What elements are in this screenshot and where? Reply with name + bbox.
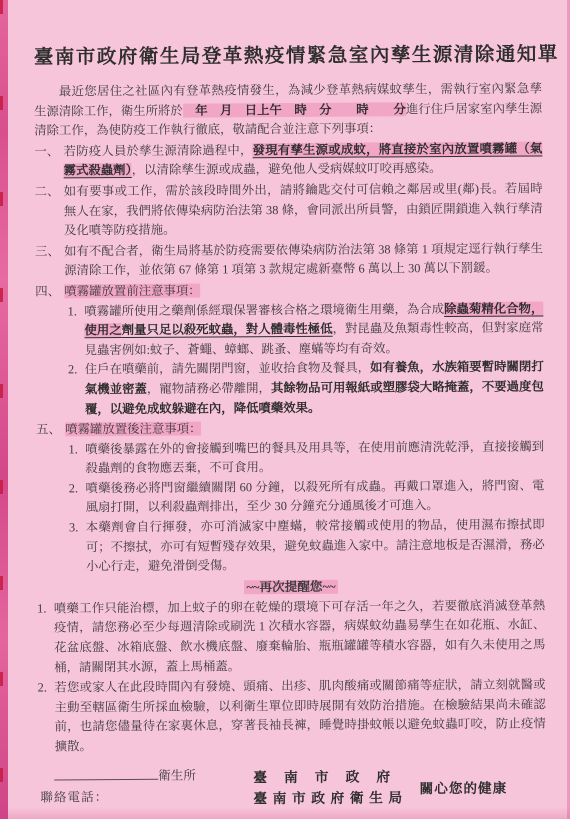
notice-item-2: 二、 如有要事或工作，需於該段時間外出，請將鑰匙交付可信賴之鄰居或里(鄰)長。若… [35, 179, 543, 241]
footer: 衛生所 聯絡電話： 臺南市政府 臺南市政府衛生局 關心您的健康 [38, 763, 546, 810]
item-5-subitem-2-marker: 2. [69, 479, 86, 518]
health-slogan: 關心您的健康 [420, 776, 508, 797]
item-5-subitem-3: 3. 本藥劑會自行揮發，亦可消滅家中塵蟎，較常接觸或使用的物品，使用濕布擦拭即可… [69, 516, 545, 578]
item-5-marker: 五、 [36, 420, 66, 577]
reminder-item-1: 1. 噴藥工作只能治標，加上蚊子的卵在乾燥的環境下可存活一年之久，若要徹底消滅登… [37, 596, 545, 677]
reminder-heading: ~~再次提醒您~~ [244, 580, 337, 595]
scan-edge-left [0, 0, 8, 819]
item-5-subitem-1-text: 噴藥後暴露在外的會接觸到嘴巴的餐具及用具等，在使用前應清洗乾淨，直接接觸到殺蟲劑… [85, 437, 544, 479]
text-segment: ，寵物請務必帶離開， [147, 381, 271, 396]
intro-paragraph: 最近您居住之社區內有登革熱疫情發生，為減少登革熱病媒蚊孳生，需執行室內緊急孳生源… [34, 79, 542, 141]
government-name: 臺南市政府 [253, 766, 408, 788]
item-4-marker: 四、 [35, 282, 65, 419]
item-5-subitem-1: 1. 噴藥後暴露在外的會接觸到嘴巴的餐具及用具等，在使用前應清洗乾淨，直接接觸到… [68, 437, 544, 479]
reminder-item-2-text: 若您或家人在此段時間內有發燒、頭痛、出疹、肌肉酸痛或關節痛等症狀，請立刻就醫或主… [54, 676, 546, 757]
footer-left: 衛生所 聯絡電話： [38, 765, 253, 808]
text-segment: 若防疫人員於孳生源清除過程中， [63, 143, 252, 158]
text-segment: 噴藥後務必將門窗繼續關閉 60 分鐘，以殺死所有成蟲。再戴口罩進入，將門窗、電風… [85, 478, 544, 514]
item-5-subitem-1-marker: 1. [68, 440, 85, 479]
health-center-line: 衛生所 [54, 765, 253, 786]
notice-title: 臺南市政府衛生局登革熱疫情緊急室內孳生源清除通知單 [34, 38, 542, 69]
item-2-text: 如有要事或工作，需於該段時間外出，請將鑰匙交付可信賴之鄰居或里(鄰)長。若屆時無… [64, 179, 543, 241]
item-1-marker: 一、 [34, 142, 63, 181]
item-4-subitem-2-marker: 2. [68, 361, 85, 420]
text-segment: ，以清除孳生源或成蟲，避免他人受病媒蚊叮咬再感染。 [132, 161, 442, 177]
item-3-text: 如有不配合者，衛生局將基於防疫需要依傳染病防治法第 38 條第 1 項規定逕行執… [64, 239, 543, 281]
item-4-subitem-1: 1. 噴霧罐所使用之藥劑係經環保署審核合格之環境衛生用藥，為合成除蟲菊精化合物，… [68, 299, 544, 361]
text-segment: 噴藥後暴露在外的會接觸到嘴巴的餐具及用具等，在使用前應清洗乾淨，直接接觸到殺蟲劑… [85, 439, 544, 475]
reminder-item-2: 2. 若您或家人在此段時間內有發燒、頭痛、出疹、肌肉酸痛或關節痛等症狀，請立刻就… [38, 676, 546, 757]
text-segment: 本藥劑會自行揮發，亦可消滅家中塵蟎，較常接觸或使用的物品，使用濕布擦拭即可；不擦… [86, 518, 545, 574]
scanned-notice-page: 臺南市政府衛生局登革熱疫情緊急室內孳生源清除通知單 最近您居住之社區內有登革熱疫… [0, 0, 570, 819]
item-4-subitem-1-marker: 1. [68, 302, 85, 361]
item-1-text: 若防疫人員於孳生源清除過程中，發現有孳生源或成蚊，將直接於室內放置噴霧罐（氣霧式… [63, 139, 542, 181]
notice-item-5: 五、 噴霧罐放置後注意事項： 1. 噴藥後暴露在外的會接觸到嘴巴的餐具及用具等，… [36, 418, 545, 578]
contact-phone-label: 聯絡電話： [40, 790, 108, 804]
text-segment: 噴藥工作只能治標，加上蚊子的卵在乾燥的環境下可存活一年之久，若要徹底消滅登革熱疫… [54, 598, 546, 674]
notice-item-4: 四、 噴霧罐放置前注意事項： 1. 噴霧罐所使用之藥劑係經環保署審核合格之環境衛… [35, 279, 544, 419]
text-segment: 如有不配合者，衛生局將基於防疫需要依傳染病防治法第 38 條第 1 項規定逕行執… [64, 241, 543, 278]
reminder-item-1-marker: 1. [37, 599, 54, 677]
item-5-subitem-2: 2. 噴藥後務必將門窗繼續關閉 60 分鐘，以殺死所有成蟲。再戴口罩進入，將門窗… [69, 476, 545, 518]
scan-edge-bottom [0, 807, 570, 819]
text-segment: 噴霧罐放置前注意事項： [64, 283, 200, 298]
footer-right: 臺南市政府 臺南市政府衛生局 關心您的健康 [253, 763, 546, 809]
text-segment: 年 月 日上午 時 分 時 分 [183, 102, 406, 117]
text-segment: 噴霧罐所使用之藥劑係經環保署審核合格之環境衛生用藥，為合成 [84, 302, 444, 318]
item-3-marker: 三、 [35, 242, 64, 281]
text-segment: 噴霧罐放置後注意事項： [65, 422, 201, 437]
notice-item-3: 三、 如有不配合者，衛生局將基於防疫需要依傳染病防治法第 38 條第 1 項規定… [35, 239, 543, 281]
government-signature: 臺南市政府 臺南市政府衛生局 [253, 766, 408, 809]
text-segment: 若您或家人在此段時間內有發燒、頭痛、出疹、肌肉酸痛或關節痛等症狀，請立刻就醫或主… [54, 678, 546, 754]
item-5-subitem-3-text: 本藥劑會自行揮發，亦可消滅家中塵蟎，較常接觸或使用的物品，使用濕布擦拭即可；不擦… [86, 516, 545, 578]
reminder-item-2-marker: 2. [38, 679, 55, 757]
text-segment: 劑量只足以殺死蚊蟲，對人體毒性極低 [122, 322, 333, 337]
item-5-subitem-2-text: 噴藥後務必將門窗繼續關閉 60 分鐘，以殺死所有成蟲。再戴口罩進入，將門窗、電風… [85, 476, 544, 518]
health-center-blank-field [54, 766, 158, 780]
notice-content: 臺南市政府衛生局登革熱疫情緊急室內孳生源清除通知單 最近您居住之社區內有登革熱疫… [34, 28, 547, 810]
health-bureau-name: 臺南市政府衛生局 [253, 787, 408, 809]
reminder-heading-line: ~~再次提醒您~~ [37, 575, 545, 598]
item-4-subitem-2: 2. 住戶在噴藥前，請先關閉門窗，並收拾食物及餐具，如有養魚，水族箱要暫時關閉打… [68, 358, 544, 420]
item-4-subitem-2-text: 住戶在噴藥前，請先關閉門窗，並收拾食物及餐具，如有養魚，水族箱要暫時關閉打氣機並… [85, 358, 544, 420]
text-segment: 住戶在噴藥前，請先關閉門窗，並收拾食物及餐具， [85, 361, 370, 377]
health-center-label: 衛生所 [158, 768, 196, 782]
item-4-subitem-1-text: 噴霧罐所使用之藥劑係經環保署審核合格之環境衛生用藥，為合成除蟲菊精化合物，使用之… [84, 299, 543, 361]
contact-phone-line: 聯絡電話： [40, 785, 253, 808]
item-5-subitem-3-marker: 3. [69, 518, 86, 577]
text-segment: 如有要事或工作，需於該段時間外出，請將鑰匙交付可信賴之鄰居或里(鄰)長。若屆時無… [64, 181, 543, 237]
notice-item-1: 一、 若防疫人員於孳生源清除過程中，發現有孳生源或成蚊，將直接於室內放置噴霧罐（… [34, 139, 542, 181]
item-2-marker: 二、 [35, 182, 64, 241]
reminder-item-1-text: 噴藥工作只能治標，加上蚊子的卵在乾燥的環境下可存活一年之久，若要徹底消滅登革熱疫… [54, 596, 546, 677]
